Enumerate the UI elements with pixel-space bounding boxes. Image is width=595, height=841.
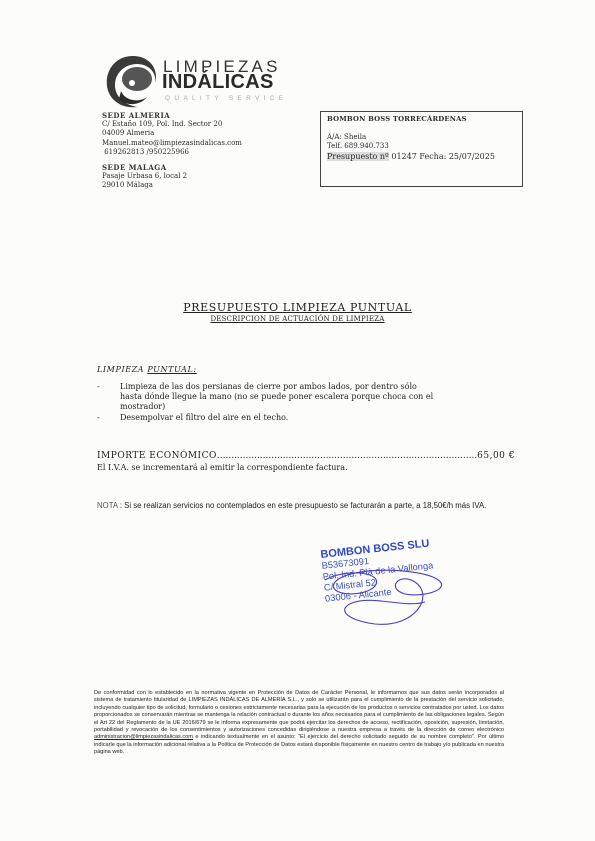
sede-malaga: SEDE MALAGA Pasaje Urbasa 6, local 2 290…	[102, 163, 187, 191]
bullet: -	[97, 413, 120, 423]
amount-label: IMPORTE ECONÓMICO	[97, 451, 217, 461]
list-item: - Limpieza de las dos persianas de cierr…	[97, 382, 440, 413]
list-item-text: Desempolvar el filtro del aire en el tec…	[120, 413, 440, 423]
bullet: -	[97, 382, 120, 413]
document-title: PRESUPUESTO LIMPIEZA PUNTUAL	[0, 301, 595, 314]
budget-number-date: 01247 Fecha: 25/07/2025	[389, 152, 495, 161]
note: NOTA : Si se realizan servicios no conte…	[97, 500, 517, 512]
logo-line2: INDÁLICAS	[162, 71, 274, 94]
client-name: BOMBON BOSS TORRECÁRDENAS	[327, 115, 516, 124]
sede-almeria-city: 04009 Almeria	[102, 129, 242, 138]
sede-almeria-email: Manuel.mateo@limpiezasindalicas.com	[102, 139, 242, 148]
logo-tagline: QUALITY SERVICE	[165, 95, 287, 102]
task-list: - Limpieza de las dos persianas de cierr…	[97, 382, 440, 423]
privacy-text: De conformidad con lo establecido en la …	[94, 690, 504, 733]
section-heading-underlined: PUNTUAL:	[147, 365, 196, 374]
sede-malaga-city: 29010 Málaga	[102, 181, 187, 190]
document-subtitle: DESCRIPCION DE ACTUACIÓN DE LIMPIEZA	[0, 315, 595, 323]
section-heading-prefix: LIMPIEZA	[97, 365, 147, 374]
list-item: - Desempolvar el filtro del aire en el t…	[97, 413, 440, 423]
amount-line: IMPORTE ECONÓMICO ......................…	[97, 451, 515, 461]
signature-icon	[305, 558, 465, 638]
sede-almeria-address: C/ Estaño 109, Pol. Ind. Sector 20	[102, 120, 242, 129]
client-box: BOMBON BOSS TORRECÁRDENAS A/A: Sheila Te…	[320, 111, 523, 187]
sede-almeria: SEDE ALMERIA C/ Estaño 109, Pol. Ind. Se…	[102, 111, 242, 157]
privacy-email-link[interactable]: administracion@limpiezasindalicas.com	[94, 734, 193, 740]
company-logo-mark-icon	[103, 53, 163, 111]
list-item-text: Limpieza de las dos persianas de cierre …	[120, 382, 440, 413]
sede-almeria-title: SEDE ALMERIA	[102, 111, 242, 120]
client-attention: A/A: Sheila	[327, 133, 516, 142]
client-phone: Telf. 689.940.733	[327, 142, 516, 151]
sede-almeria-phones: 619262813 /950225966	[102, 148, 242, 157]
section-heading: LIMPIEZA PUNTUAL:	[97, 365, 197, 374]
sede-malaga-address: Pasaje Urbasa 6, local 2	[102, 172, 187, 181]
note-label: NOTA	[97, 501, 118, 510]
iva-note: El I.V.A. se incrementará al emitir la c…	[97, 463, 348, 472]
leader-dots: ........................................…	[217, 451, 477, 461]
budget-info: Presupuesto nº 01247 Fecha: 25/07/2025	[327, 152, 516, 161]
budget-label: Presupuesto nº	[327, 152, 389, 161]
amount-value: 65,00 €	[477, 451, 515, 461]
privacy-notice: De conformidad con lo establecido en la …	[94, 690, 504, 757]
note-text: : Si se realizan servicios no contemplad…	[118, 501, 487, 510]
sede-malaga-title: SEDE MALAGA	[102, 163, 187, 172]
